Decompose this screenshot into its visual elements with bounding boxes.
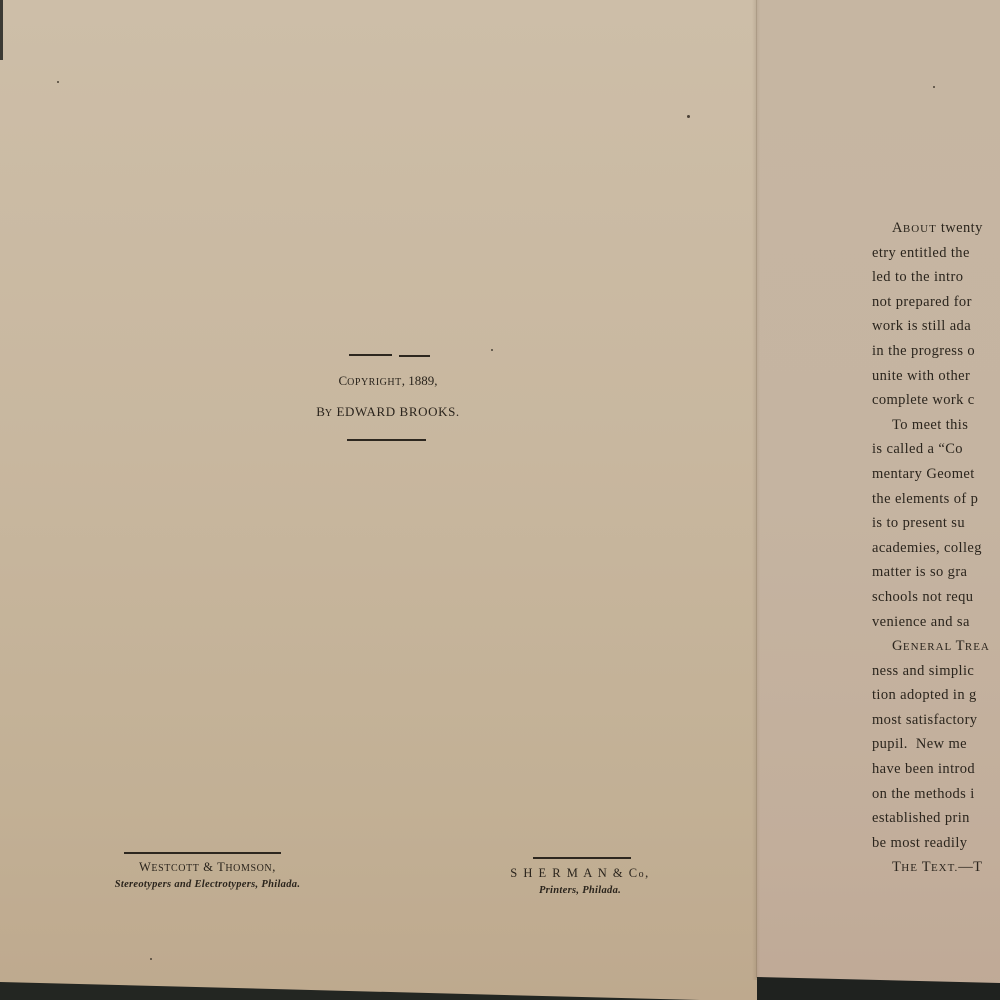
printer-name-comma: , (645, 866, 650, 880)
preface-line: ness and simplic (872, 659, 1000, 684)
preface-line: on the methods i (872, 782, 1000, 807)
left-page (0, 0, 757, 1000)
preface-line: in the progress o (872, 339, 1000, 364)
preface-line: be most readily (872, 831, 1000, 856)
printer-name-main: S H E R M A N & C (510, 866, 638, 880)
line-text: twenty (937, 220, 983, 236)
preface-line: most satisfactory (872, 708, 1000, 733)
ornamental-rule-right (399, 355, 430, 357)
preface-line: not prepared for (872, 290, 1000, 315)
preface-line: academies, colleg (872, 536, 1000, 561)
small-cap-rest: EXT. (931, 862, 958, 874)
copyright-author-line: BY EDWARD BROOKS. (288, 403, 488, 421)
left-page-edge-shadow (0, 0, 3, 60)
preface-line: To meet this (872, 413, 1000, 438)
preface-text-column: ABOUT twenty etry entitled the led to th… (872, 216, 1000, 880)
preface-line: mentary Geomet (872, 462, 1000, 487)
small-cap-initial: A (892, 220, 903, 236)
name-rest-westcott: ESTCOTT (151, 863, 199, 874)
preface-line: complete work c (872, 388, 1000, 413)
small-cap-initial: T (892, 859, 901, 875)
preface-line-section-heading: THE TEXT.—T (872, 855, 1000, 880)
small-cap-initial: T (956, 638, 965, 654)
printer-name: S H E R M A N & Co, (495, 866, 665, 881)
copyright-year-line: COPYRIGHT, 1889, (288, 372, 488, 390)
imprint-left-rule (124, 852, 281, 854)
preface-line: matter is so gra (872, 560, 1000, 585)
line-text: —T (958, 859, 982, 875)
paper-speck (933, 86, 935, 88)
preface-line: is to present su (872, 511, 1000, 536)
stereotyper-name: WESTCOTT & THOMSON, (80, 860, 335, 875)
small-cap-rest: REA (965, 641, 990, 653)
ornamental-rule-left (349, 354, 392, 356)
preface-line: pupil. New me (872, 732, 1000, 757)
printer-role: Printers, Philada. (495, 885, 665, 896)
by-rest: Y (325, 408, 333, 419)
preface-line: schools not requ (872, 585, 1000, 610)
author-name: EDWARD BROOKS. (333, 404, 460, 419)
paper-speck (57, 81, 59, 83)
by-cap: B (316, 404, 325, 419)
gutter-fold-line (756, 0, 757, 978)
preface-line: unite with other (872, 364, 1000, 389)
preface-line: work is still ada (872, 314, 1000, 339)
open-book-spread: COPYRIGHT, 1889, BY EDWARD BROOKS. WESTC… (0, 0, 1000, 1000)
paper-speck (150, 958, 152, 960)
small-cap-rest: BOUT (903, 223, 937, 235)
preface-line: tion adopted in g (872, 683, 1000, 708)
preface-line: is called a “Co (872, 437, 1000, 462)
preface-line: etry entitled the (872, 241, 1000, 266)
printer-imprint: S H E R M A N & Co, Printers, Philada. (495, 866, 665, 896)
stereotyper-role: Stereotypers and Electrotypers, Philada. (80, 879, 335, 890)
preface-line: led to the intro (872, 265, 1000, 290)
preface-line: the elements of p (872, 487, 1000, 512)
name-cap-w: W (139, 860, 151, 874)
small-cap-initial: G (892, 638, 903, 654)
copyright-word: OPYRIGHT (347, 377, 402, 388)
small-cap-rest: HE (901, 862, 921, 874)
copyright-underline-rule (347, 439, 426, 441)
copyright-cap: C (339, 373, 348, 388)
preface-line: venience and sa (872, 610, 1000, 635)
small-cap-initial: T (922, 859, 931, 875)
paper-speck (491, 349, 493, 351)
name-rest-thomson: HOMSON (225, 863, 272, 874)
preface-line: established prin (872, 806, 1000, 831)
preface-line: ABOUT twenty (872, 216, 1000, 241)
small-cap-rest: ENERAL (903, 641, 956, 653)
comma: , (272, 860, 276, 874)
copyright-year: , 1889, (402, 373, 438, 388)
ampersand: & (200, 860, 218, 874)
paper-speck (687, 115, 690, 118)
preface-line-section-heading: GENERAL TREA (872, 634, 1000, 659)
imprint-right-rule (533, 857, 631, 859)
stereotyper-imprint: WESTCOTT & THOMSON, Stereotypers and Ele… (80, 860, 335, 890)
preface-line: have been introd (872, 757, 1000, 782)
